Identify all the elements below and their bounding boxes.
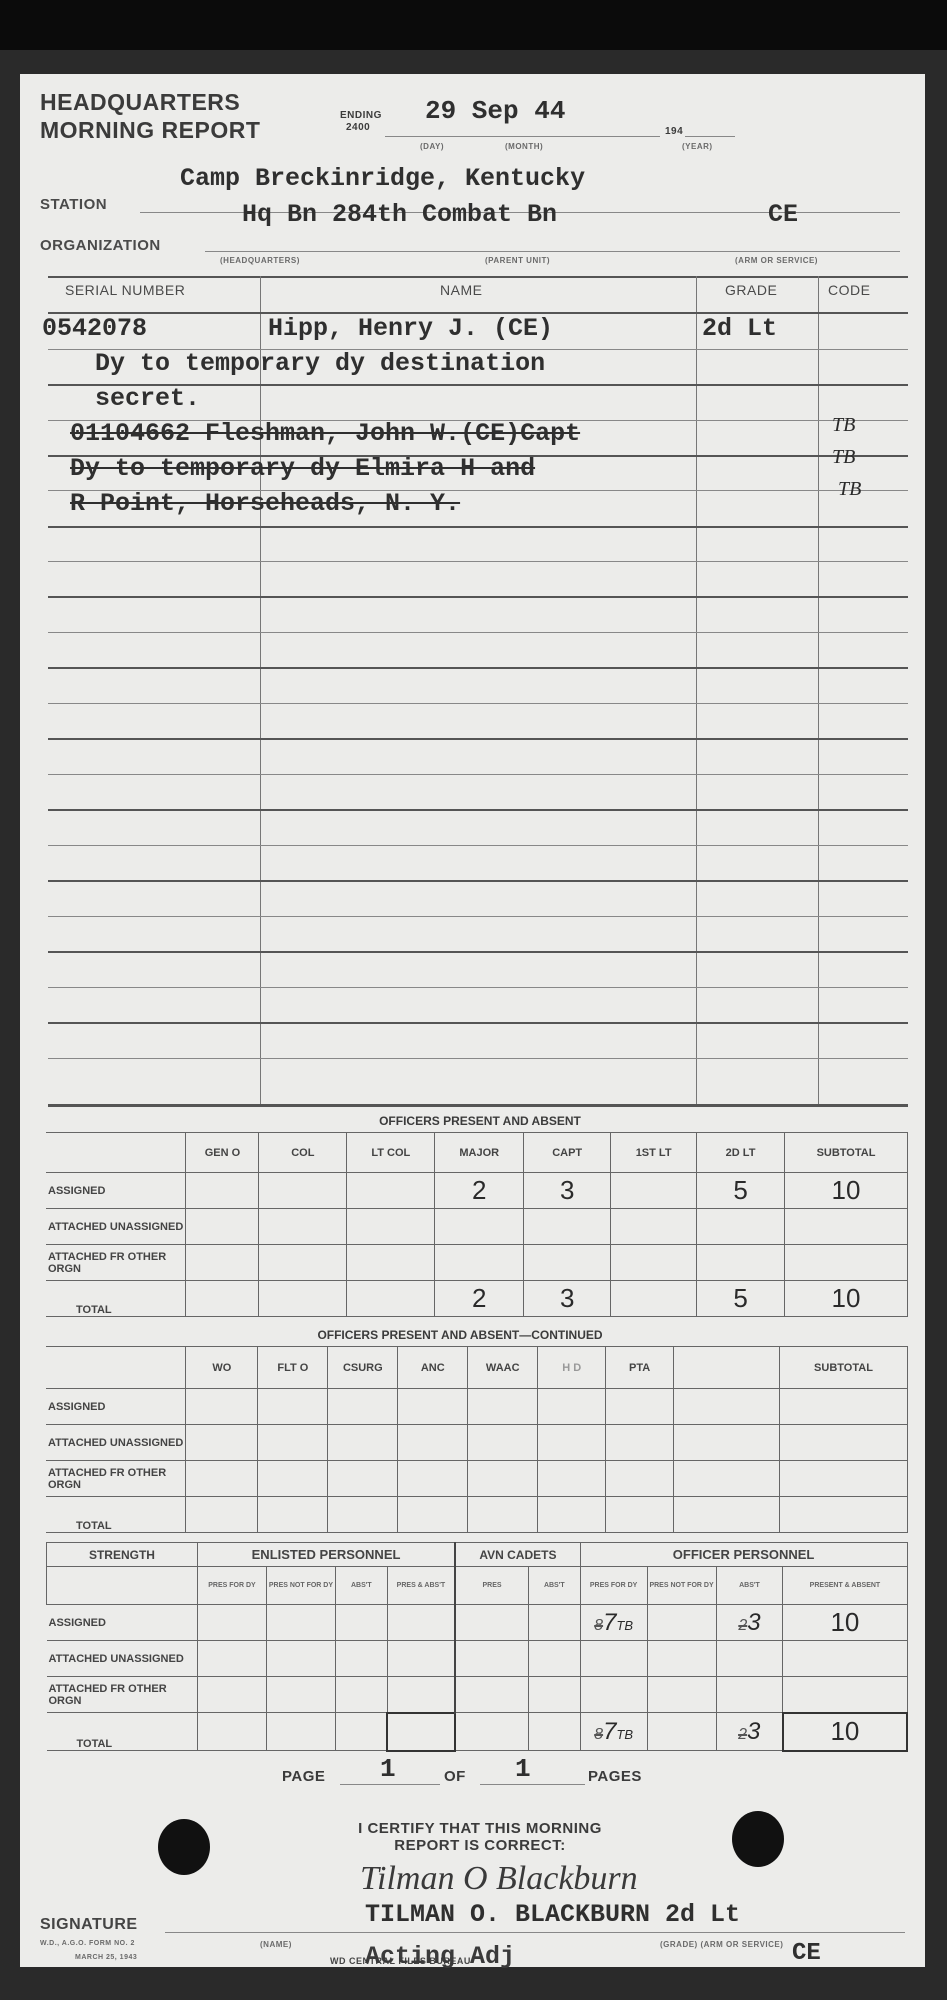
off-abst-cell: 23 [716, 1605, 783, 1641]
title-line-1: HEADQUARTERS [40, 88, 260, 116]
signer-name: TILMAN O. BLACKBURN 2d Lt [365, 1900, 740, 1929]
correction-initials: TB [832, 446, 855, 469]
of-underline [480, 1784, 585, 1785]
table-row: ASSIGNED [46, 1389, 908, 1425]
title-line-2: MORNING REPORT [40, 116, 260, 144]
col-off-abst: ABS'T [716, 1567, 783, 1605]
entry-struck: Dy to temporary dy Elmira H and [70, 454, 535, 483]
row-label: TOTAL [46, 1281, 186, 1317]
col-col: COL [259, 1133, 347, 1173]
corrected-value: 3 [747, 1718, 760, 1745]
entries-bottom-rule [48, 1104, 908, 1107]
ruled-line [48, 526, 908, 528]
handwritten-signature: Tilman O Blackburn [360, 1860, 638, 1898]
total-pages: 1 [515, 1754, 531, 1784]
col-blank [674, 1347, 780, 1389]
col-cadet-abst: ABS'T [528, 1567, 580, 1605]
ruled-line [48, 1058, 908, 1059]
col-off-present-absent: PRESENT & ABSENT [783, 1567, 907, 1605]
row-label: TOTAL [46, 1497, 186, 1533]
col-wo: WO [186, 1347, 258, 1389]
table-row: ATTACHED UNASSIGNED [46, 1425, 908, 1461]
cell: 10 [785, 1281, 908, 1317]
table-row: ASSIGNED 2 3 5 10 [46, 1173, 908, 1209]
organization-value: Hq Bn 284th Combat Bn [242, 200, 557, 229]
off-pres-for-dy-cell: 87TB [580, 1605, 647, 1641]
col-anc: ANC [398, 1347, 468, 1389]
col-ep-pres-for-dy: PRES FOR DY [197, 1567, 266, 1605]
struck-value: 8 [594, 1726, 603, 1743]
table-row: ATTACHED FR OTHER ORGN [46, 1461, 908, 1497]
cell [186, 1281, 259, 1317]
page-label: PAGE [282, 1768, 325, 1785]
col-pta: PTA [606, 1347, 674, 1389]
corrected-value: 3 [747, 1609, 760, 1636]
signature-underline [165, 1932, 905, 1933]
col-ep-pres-abst: PRES & ABS'T [387, 1567, 455, 1605]
col-lt-col: LT COL [347, 1133, 435, 1173]
ending-label: ENDING 2400 [340, 110, 382, 134]
row-label: ATTACHED FR OTHER ORGN [46, 1461, 186, 1497]
present-absent-total-cell: 10 [783, 1713, 907, 1751]
corrected-value: 7 [603, 1609, 616, 1636]
grade-caption: (GRADE) (ARM OR SERVICE) [660, 1940, 783, 1949]
entries-col-divider [696, 276, 697, 1106]
row-label: ASSIGNED [46, 1173, 186, 1209]
col-cadet-pres: PRES [455, 1567, 528, 1605]
ruled-line [48, 845, 908, 846]
ruled-line [48, 809, 908, 811]
certify-line-1: I CERTIFY THAT THIS MORNING [280, 1820, 680, 1837]
row-label: ASSIGNED [47, 1605, 198, 1641]
ruled-line [48, 880, 908, 882]
col-subtotal: SUBTOTAL [779, 1347, 907, 1389]
ruled-line [48, 774, 908, 775]
ruled-line [48, 632, 908, 633]
entry-remark: Dy to temporary dy destination [95, 349, 545, 378]
col-ep-pres-not-for-dy: PRES NOT FOR DY [266, 1567, 335, 1605]
entry-remark: secret. [95, 384, 200, 413]
ruled-line [48, 703, 908, 704]
struck-value: 2 [738, 1617, 747, 1634]
page-number: 1 [380, 1754, 396, 1784]
ruled-line [48, 596, 908, 598]
ruled-line [48, 916, 908, 917]
row-label: ASSIGNED [46, 1389, 186, 1425]
certification-text: I CERTIFY THAT THIS MORNING REPORT IS CO… [280, 1820, 680, 1854]
year-underline [685, 136, 735, 137]
cell [259, 1173, 347, 1209]
cell: 2 [435, 1173, 524, 1209]
cell [186, 1173, 259, 1209]
correction-initials: TB [832, 414, 855, 437]
col-flt-o: FLT O [258, 1347, 328, 1389]
col-subtotal: SUBTOTAL [785, 1133, 908, 1173]
ruled-line [48, 738, 908, 740]
row-label: ATTACHED UNASSIGNED [47, 1641, 198, 1677]
year-caption: (YEAR) [682, 142, 713, 151]
cell [347, 1173, 435, 1209]
entry-struck: R Point, Horseheads, N. Y. [70, 489, 460, 518]
group-avn-cadets: AVN CADETS [455, 1543, 580, 1567]
name-caption: (NAME) [260, 1940, 292, 1949]
col-grade: GRADE [725, 282, 777, 298]
col-1st-lt: 1ST LT [611, 1133, 697, 1173]
entry-serial: 0542078 [42, 314, 147, 343]
arm-value: CE [768, 200, 798, 229]
parent-caption: (PARENT UNIT) [485, 256, 550, 265]
cell [347, 1281, 435, 1317]
entry-name: Hipp, Henry J. (CE) [268, 314, 553, 343]
col-ep-abst: ABS'T [335, 1567, 387, 1605]
col-serial-number: SERIAL NUMBER [65, 282, 185, 298]
correction-initials: TB [838, 478, 861, 501]
entries-top-rule [48, 276, 908, 278]
col-capt: CAPT [524, 1133, 611, 1173]
off-abst-cell: 23 [716, 1713, 783, 1751]
table-row: ATTACHED UNASSIGNED [47, 1641, 908, 1677]
group-officer: OFFICER PERSONNEL [580, 1543, 907, 1567]
cell [611, 1173, 697, 1209]
cell: 5 [697, 1173, 785, 1209]
of-label: OF [444, 1768, 466, 1785]
signature-label: SIGNATURE [40, 1916, 138, 1934]
col-name: NAME [440, 282, 482, 298]
off-pres-for-dy-cell: 87TB [580, 1713, 647, 1751]
struck-value: 2 [738, 1726, 747, 1743]
organization-label: ORGANIZATION [40, 237, 161, 254]
col-waac: WAAC [468, 1347, 538, 1389]
form-title: HEADQUARTERS MORNING REPORT [40, 88, 260, 144]
time-text: 2400 [340, 122, 382, 134]
entry-grade: 2d Lt [702, 314, 777, 343]
date-underline [385, 136, 660, 137]
ruled-line [48, 561, 908, 562]
officers-table: GEN O COL LT COL MAJOR CAPT 1ST LT 2D LT… [46, 1132, 908, 1317]
table-row: ATTACHED FR OTHER ORGN [46, 1245, 908, 1281]
col-code: CODE [828, 282, 870, 298]
row-label: ATTACHED FR OTHER ORGN [46, 1245, 186, 1281]
entry-struck: 01104662 Fleshman, John W.(CE)Capt [70, 419, 580, 448]
cell: 3 [524, 1281, 611, 1317]
station-label: STATION [40, 196, 107, 213]
correction-initials: TB [616, 1618, 633, 1633]
month-caption: (MONTH) [505, 142, 543, 151]
officers-continued-table: WO FLT O CSURG ANC WAAC H D PTA SUBTOTAL… [46, 1346, 908, 1533]
ruled-line [48, 1022, 908, 1024]
year-prefix: 194 [665, 126, 683, 137]
cell: 3 [524, 1173, 611, 1209]
officers-continued-title: OFFICERS PRESENT AND ABSENT—CONTINUED [240, 1328, 680, 1342]
col-hd: H D [538, 1347, 606, 1389]
signer-title: Acting Adj [365, 1942, 515, 1971]
corner-cell [46, 1133, 186, 1173]
col-2d-lt: 2D LT [697, 1133, 785, 1173]
station-value: Camp Breckinridge, Kentucky [180, 164, 585, 193]
ruled-line [48, 951, 908, 953]
present-absent-cell: 10 [783, 1605, 907, 1641]
table-row: ATTACHED FR OTHER ORGN [47, 1677, 908, 1713]
col-major: MAJOR [435, 1133, 524, 1173]
entries-col-divider [818, 276, 819, 1106]
form-date: MARCH 25, 1943 [75, 1954, 137, 1961]
correction-initials: TB [616, 1727, 633, 1742]
entries-col-divider [260, 276, 261, 1106]
col-off-pres-not-for-dy: PRES NOT FOR DY [647, 1567, 716, 1605]
cell [611, 1281, 697, 1317]
certify-line-2: REPORT IS CORRECT: [280, 1837, 680, 1854]
morning-report-form: HEADQUARTERS MORNING REPORT ENDING 2400 … [20, 74, 925, 1967]
punch-hole-right [732, 1811, 784, 1867]
cell: 2 [435, 1281, 524, 1317]
report-date: 29 Sep 44 [425, 96, 565, 126]
ending-text: ENDING [340, 110, 382, 122]
struck-value: 8 [594, 1617, 603, 1634]
ruled-line [48, 667, 908, 669]
row-label: ATTACHED UNASSIGNED [46, 1209, 186, 1245]
organization-underline [205, 251, 900, 252]
cell: 10 [785, 1173, 908, 1209]
hq-caption: (HEADQUARTERS) [220, 256, 300, 265]
row-label: ATTACHED UNASSIGNED [46, 1425, 186, 1461]
col-off-pres-for-dy: PRES FOR DY [580, 1567, 647, 1605]
corrected-value: 7 [603, 1718, 616, 1745]
table-row: TOTAL 87TB 23 10 [47, 1713, 908, 1751]
ruled-line [48, 987, 908, 988]
table-row: TOTAL [46, 1497, 908, 1533]
form-number: W.D., A.G.O. FORM NO. 2 [40, 1940, 135, 1947]
group-enlisted: ENLISTED PERSONNEL [197, 1543, 455, 1567]
strength-table: STRENGTH ENLISTED PERSONNEL AVN CADETS O… [46, 1542, 908, 1752]
table-row: ASSIGNED 87TB 23 10 [47, 1605, 908, 1641]
table-row: TOTAL 2 3 5 10 [46, 1281, 908, 1317]
punch-hole-left [158, 1819, 210, 1875]
table-row: ATTACHED UNASSIGNED [46, 1209, 908, 1245]
arm-caption: (ARM OR SERVICE) [735, 256, 818, 265]
col-gen-o: GEN O [186, 1133, 259, 1173]
row-label: ATTACHED FR OTHER ORGN [47, 1677, 198, 1713]
strength-label: STRENGTH [47, 1543, 198, 1567]
page-underline [340, 1784, 440, 1785]
cell: 5 [697, 1281, 785, 1317]
cell [259, 1281, 347, 1317]
signer-arm: CE [792, 1940, 821, 1967]
day-caption: (DAY) [420, 142, 444, 151]
officers-table-title: OFFICERS PRESENT AND ABSENT [320, 1114, 640, 1128]
row-label: TOTAL [47, 1713, 198, 1751]
pages-label: PAGES [588, 1768, 642, 1785]
col-csurg: CSURG [328, 1347, 398, 1389]
